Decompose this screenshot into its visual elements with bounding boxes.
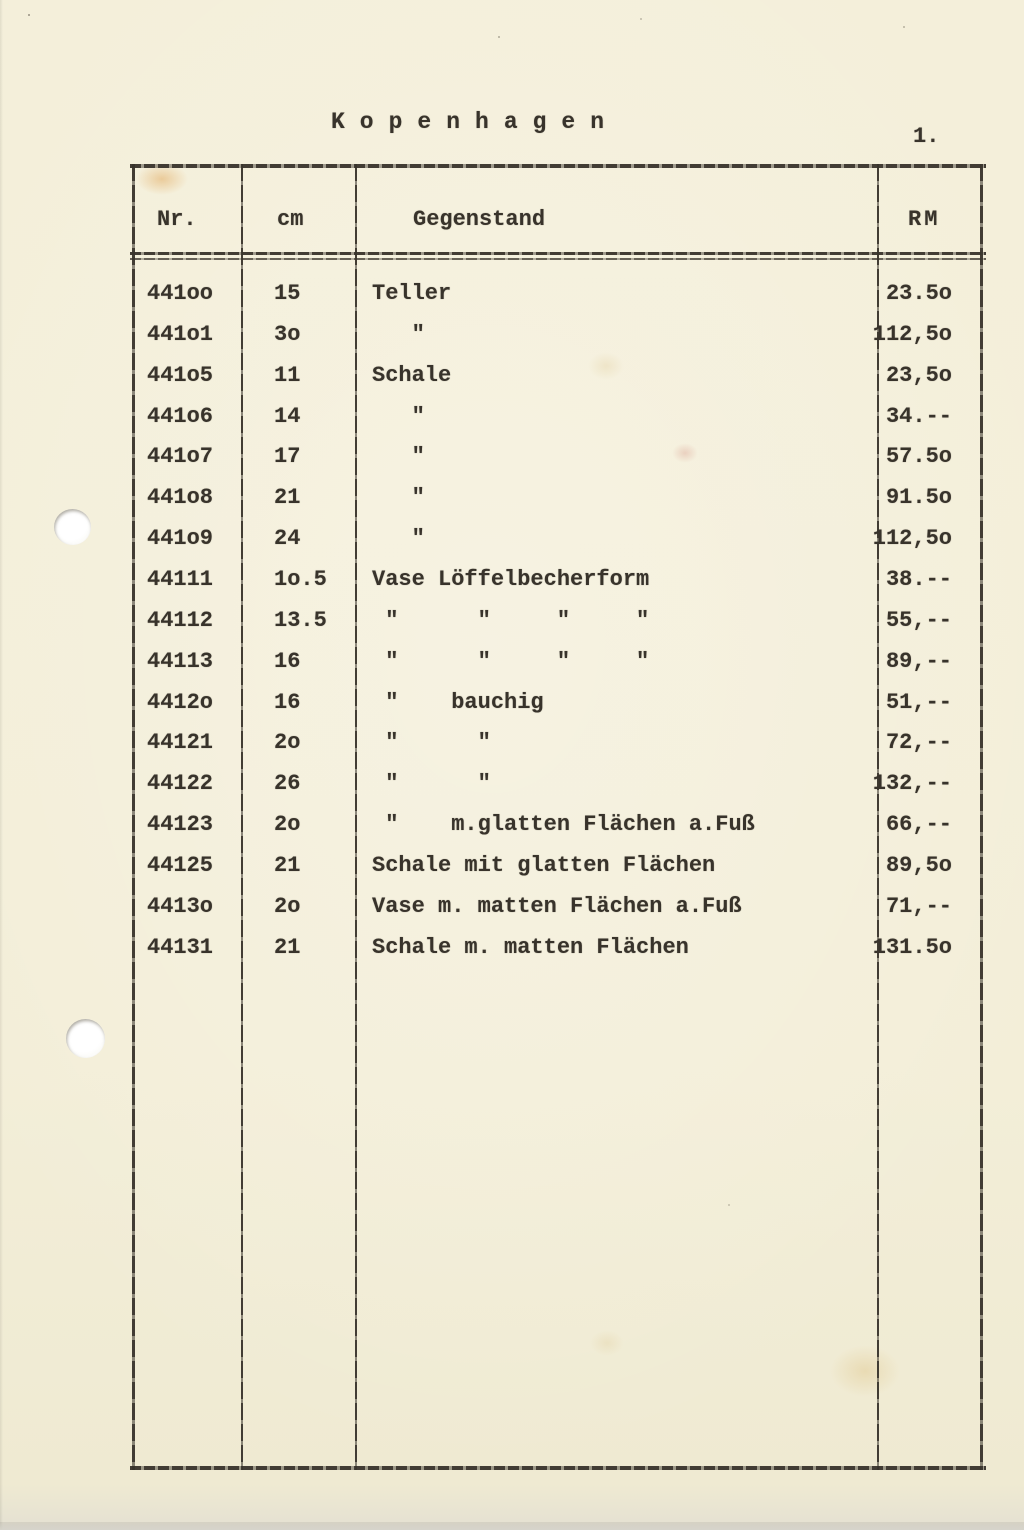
row-gegenstand: " "	[372, 730, 491, 756]
row-cm: 16	[274, 649, 300, 675]
row-rm: 66,--	[850, 812, 952, 838]
row-rm: 23,5o	[850, 363, 952, 389]
page-title: Kopenhagen	[331, 109, 619, 135]
row-nr: 441o9	[147, 526, 213, 552]
row-nr: 441oo	[147, 281, 213, 307]
paper-stain	[830, 1345, 900, 1397]
row-gegenstand: Teller	[372, 281, 451, 307]
page-number: 1.	[913, 124, 939, 150]
row-rm: 51,--	[850, 690, 952, 716]
row-cm: 11	[274, 363, 300, 389]
row-cm: 2o	[274, 894, 300, 920]
row-gegenstand: " bauchig	[372, 690, 544, 716]
row-rm: 132,--	[850, 771, 952, 797]
row-rm: 23.5o	[850, 281, 952, 307]
row-gegenstand: "	[372, 404, 425, 430]
row-rm: 131.5o	[850, 935, 952, 961]
row-rm: 91.5o	[850, 485, 952, 511]
table-row: 441o924 "112,5o	[0, 526, 1024, 556]
row-cm: 14	[274, 404, 300, 430]
table-row: 441232o " m.glatten Flächen a.Fuß66,--	[0, 812, 1024, 842]
row-rm: 57.5o	[850, 444, 952, 470]
row-gegenstand: " "	[372, 771, 491, 797]
row-gegenstand: Schale m. matten Flächen	[372, 935, 689, 961]
row-gegenstand: Schale mit glatten Flächen	[372, 853, 715, 879]
row-cm: 16	[274, 690, 300, 716]
table-row: 441o13o "112,5o	[0, 322, 1024, 352]
table-row: 4413o2oVase m. matten Flächen a.Fuß71,--	[0, 894, 1024, 924]
table-row: 4411316 " " " "89,--	[0, 649, 1024, 679]
row-nr: 44112	[147, 608, 213, 634]
table-row: 4412521Schale mit glatten Flächen89,5o	[0, 853, 1024, 883]
table-row: 441o511Schale23,5o	[0, 363, 1024, 393]
row-cm: 13.5	[274, 608, 327, 634]
row-nr: 44113	[147, 649, 213, 675]
row-nr: 441o6	[147, 404, 213, 430]
row-cm: 17	[274, 444, 300, 470]
row-nr: 44121	[147, 730, 213, 756]
row-rm: 34.--	[850, 404, 952, 430]
punch-hole	[66, 1019, 105, 1058]
paper-stain	[590, 1330, 624, 1356]
row-cm: 15	[274, 281, 300, 307]
row-rm: 112,5o	[850, 322, 952, 348]
row-rm: 38.--	[850, 567, 952, 593]
row-nr: 44131	[147, 935, 213, 961]
row-cm: 1o.5	[274, 567, 327, 593]
table-row: 441111o.5Vase Löffelbecherform38.--	[0, 567, 1024, 597]
row-rm: 89,5o	[850, 853, 952, 879]
row-gegenstand: " " " "	[372, 649, 649, 675]
row-gegenstand: Vase Löffelbecherform	[372, 567, 649, 593]
row-gegenstand: "	[372, 526, 425, 552]
row-nr: 441o7	[147, 444, 213, 470]
row-cm: 2o	[274, 730, 300, 756]
row-nr: 44122	[147, 771, 213, 797]
table-row: 441o717 "57.5o	[0, 444, 1024, 474]
row-nr: 44125	[147, 853, 213, 879]
table-row: 441212o " "72,--	[0, 730, 1024, 760]
column-header-nr: Nr.	[157, 207, 197, 233]
header-separator-rule	[130, 252, 986, 255]
row-nr: 44123	[147, 812, 213, 838]
row-gegenstand: "	[372, 485, 425, 511]
table-row: 441oo15Teller23.5o	[0, 281, 1024, 311]
row-gegenstand: "	[372, 322, 425, 348]
row-nr: 441o1	[147, 322, 213, 348]
row-cm: 2o	[274, 812, 300, 838]
row-rm: 72,--	[850, 730, 952, 756]
table-row: 441o821 "91.5o	[0, 485, 1024, 515]
row-cm: 21	[274, 853, 300, 879]
row-nr: 441o5	[147, 363, 213, 389]
row-cm: 21	[274, 935, 300, 961]
row-rm: 89,--	[850, 649, 952, 675]
table-top-rule	[130, 164, 986, 168]
row-rm: 71,--	[850, 894, 952, 920]
table-row: 4412o16 " bauchig51,--	[0, 690, 1024, 720]
row-nr: 4412o	[147, 690, 213, 716]
table-row: 4412226 " "132,--	[0, 771, 1024, 801]
page-left-edge	[0, 0, 3, 1530]
row-cm: 26	[274, 771, 300, 797]
row-rm: 55,--	[850, 608, 952, 634]
row-gegenstand: Schale	[372, 363, 451, 389]
row-nr: 441o8	[147, 485, 213, 511]
paper-specks	[28, 14, 30, 16]
row-nr: 4413o	[147, 894, 213, 920]
column-header-rm: RM	[908, 207, 940, 233]
header-separator-rule	[130, 258, 986, 260]
row-rm: 112,5o	[850, 526, 952, 552]
page-bottom-edge	[0, 1522, 1024, 1530]
row-cm: 3o	[274, 322, 300, 348]
row-cm: 24	[274, 526, 300, 552]
table-row: 441o614 "34.--	[0, 404, 1024, 434]
row-nr: 44111	[147, 567, 213, 593]
punch-hole	[54, 509, 91, 545]
row-gegenstand: Vase m. matten Flächen a.Fuß	[372, 894, 742, 920]
column-header-gegenstand: Gegenstand	[413, 207, 545, 233]
table-bottom-rule	[130, 1466, 986, 1470]
row-gegenstand: " m.glatten Flächen a.Fuß	[372, 812, 755, 838]
row-gegenstand: " " " "	[372, 608, 649, 634]
column-header-cm: cm	[277, 207, 303, 233]
table-row: 4413121Schale m. matten Flächen131.5o	[0, 935, 1024, 965]
row-gegenstand: "	[372, 444, 425, 470]
scanned-page: Kopenhagen 1. Nr. cm Gegenstand RM 441oo…	[0, 0, 1024, 1530]
table-row: 4411213.5 " " " "55,--	[0, 608, 1024, 638]
row-cm: 21	[274, 485, 300, 511]
